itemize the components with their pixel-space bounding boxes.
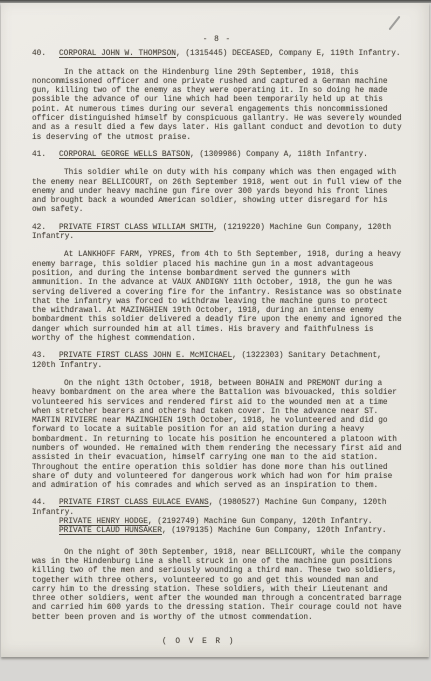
soldier-name: PRIVATE FIRST CLASS EULACE EVANS [59,499,209,507]
entry-heading-extra: PRIVATE HENRY HODGE, (2192749) Machine G… [32,518,402,527]
citation-entry-43: 43.PRIVATE FIRST CLASS JOHN E. McMICHAEL… [32,352,402,491]
service-detail: , (1979135) Machine Gun Company, 120th I… [162,527,387,535]
citation-entry-42: 42.PRIVATE FIRST CLASS WILLIAM SMITH, (1… [32,224,402,345]
soldier-name: PRIVATE FIRST CLASS WILLIAM SMITH [59,224,213,232]
soldier-name: CORPORAL GEORGE WELLS BATSON [59,151,190,159]
service-detail: , (1309986) Company A, 118th Infantry. [190,151,368,159]
citation-text: On the night 13th October, 1918, between… [32,380,402,492]
citation-text: At LANKHOFF FARM, YPRES, from 4th to 5th… [32,251,402,344]
soldier-name: PRIVATE FIRST CLASS JOHN E. McMICHAEL [59,352,232,360]
entry-heading: 44.PRIVATE FIRST CLASS EULACE EVANS, (19… [32,499,402,518]
over-label: ( O V E R ) [162,638,402,647]
document-paper: - 8 - 40.CORPORAL JOHN W. THOMPSON, (131… [1,3,429,657]
entry-heading: 40.CORPORAL JOHN W. THOMPSON, (1315445) … [32,50,402,59]
entry-number: 42. [32,224,59,233]
entry-heading: 43.PRIVATE FIRST CLASS JOHN E. McMICHAEL… [32,352,402,371]
citation-entry-41: 41.CORPORAL GEORGE WELLS BATSON, (130998… [32,151,402,216]
entry-heading: 42.PRIVATE FIRST CLASS WILLIAM SMITH, (1… [32,224,402,243]
citation-entry-40: 40.CORPORAL JOHN W. THOMPSON, (1315445) … [32,50,402,143]
citation-entry-44: 44.PRIVATE FIRST CLASS EULACE EVANS, (19… [32,499,402,623]
entry-heading: 41.CORPORAL GEORGE WELLS BATSON, (130998… [32,151,402,160]
entry-heading-extra: PRIVATE CLAUD HUNSAKER, (1979135) Machin… [32,527,402,536]
page-number: - 8 - [32,36,402,45]
service-detail: , (1315445) DECEASED, Company E, 119th I… [176,50,401,58]
soldier-name: PRIVATE CLAUD HUNSAKER [59,527,162,535]
entry-number: 41. [32,151,59,160]
pencil-mark [388,16,400,31]
soldier-name: PRIVATE HENRY HODGE [59,518,148,526]
citation-text: In the attack on the Hindenburg line 29t… [32,69,402,143]
entry-number: 43. [32,352,59,361]
soldier-name: CORPORAL JOHN W. THOMPSON [59,50,176,58]
scanned-document-page: - 8 - 40.CORPORAL JOHN W. THOMPSON, (131… [0,0,431,681]
service-detail: , (2192749) Machine Gun Company, 120th I… [148,518,373,526]
citation-text: On the night of 30th September, 1918, ne… [32,549,402,623]
entry-number: 40. [32,50,59,59]
citation-text: This soldier while on duty with his comp… [32,169,402,215]
entry-number: 44. [32,499,59,508]
